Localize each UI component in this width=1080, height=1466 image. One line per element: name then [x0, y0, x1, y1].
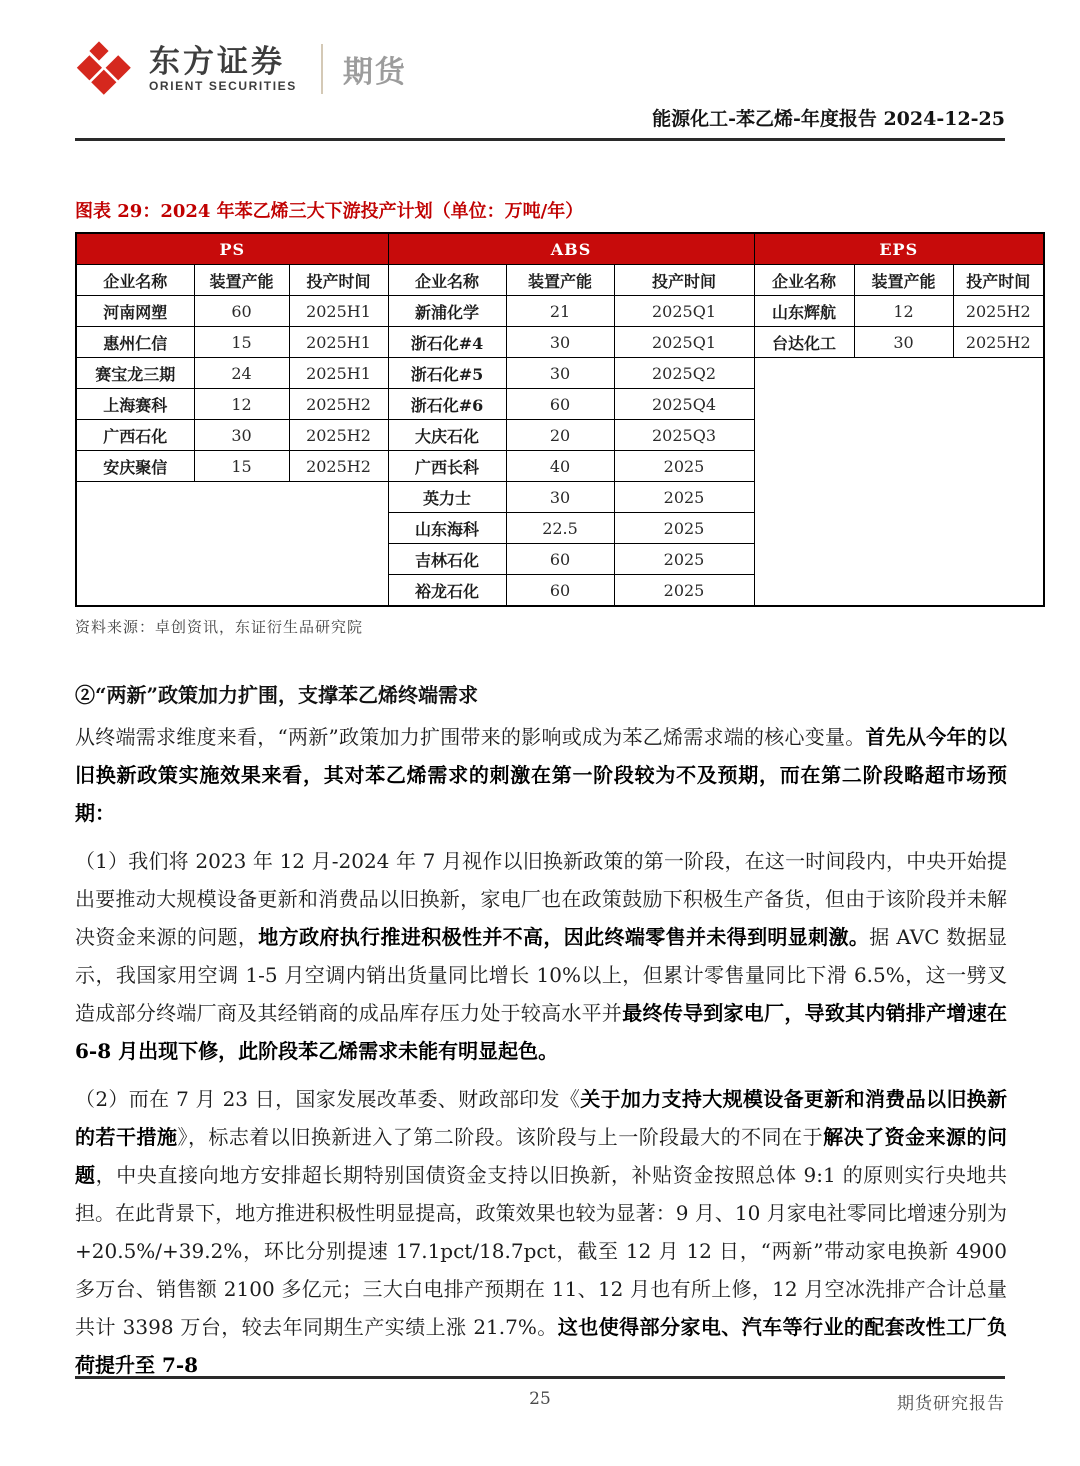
column-header: 装置产能: [194, 265, 289, 296]
column-header: 装置产能: [854, 265, 953, 296]
startup-time-cell: 2025: [614, 451, 754, 482]
capacity-cell: 15: [194, 327, 289, 358]
startup-time-cell: 2025Q1: [614, 296, 754, 327]
company-cell: 吉林石化: [388, 544, 506, 575]
capacity-cell: 60: [194, 296, 289, 327]
company-cell: 裕龙石化: [388, 575, 506, 607]
capacity-cell: 30: [506, 327, 614, 358]
column-header: 企业名称: [76, 265, 194, 296]
table-row: 赛宝龙三期242025H1浙石化#5302025Q2: [76, 358, 1044, 389]
footer-rule: 25 期货研究报告: [75, 1376, 1005, 1419]
company-cell: 广西石化: [76, 420, 194, 451]
startup-time-cell: 2025H1: [289, 327, 388, 358]
brand-divider: [321, 44, 323, 94]
table-row: 河南网塑602025H1新浦化学212025Q1山东辉航122025H2: [76, 296, 1044, 327]
body-text: 从终端需求维度来看，“两新”政策加力扩围带来的影响或成为苯乙烯需求端的核心变量。: [75, 725, 866, 749]
para-stage-2: （2）而在 7 月 23 日，国家发展改革委、财政部印发《关于加力支持大规模设备…: [75, 1080, 1007, 1384]
capacity-cell: 60: [506, 389, 614, 420]
startup-time-cell: 2025H2: [289, 389, 388, 420]
section-heading: ②“两新”政策加力扩围，支撑苯乙烯终端需求: [75, 679, 1005, 708]
table-row: 惠州仁信152025H1浙石化#4302025Q1台达化工302025H2: [76, 327, 1044, 358]
company-cell: 河南网塑: [76, 296, 194, 327]
startup-time-cell: 2025H2: [953, 296, 1044, 327]
company-cell: 台达化工: [754, 327, 854, 358]
company-cell: 山东辉航: [754, 296, 854, 327]
startup-time-cell: 2025: [614, 575, 754, 607]
column-header: 投产时间: [289, 265, 388, 296]
downstream-capacity-table: PSABSEPS企业名称装置产能投产时间企业名称装置产能投产时间企业名称装置产能…: [75, 232, 1045, 607]
startup-time-cell: 2025H2: [953, 327, 1044, 358]
company-cell: 安庆聚信: [76, 451, 194, 482]
page-number: 25: [75, 1389, 1005, 1409]
startup-time-cell: 2025H1: [289, 296, 388, 327]
company-cell: 浙石化#4: [388, 327, 506, 358]
capacity-cell: 40: [506, 451, 614, 482]
startup-time-cell: 2025: [614, 513, 754, 544]
para-stage-1: （1）我们将 2023 年 12 月-2024 年 7 月视作以旧换新政策的第一…: [75, 842, 1007, 1070]
company-cell: 赛宝龙三期: [76, 358, 194, 389]
chart-title: 图表 29：2024 年苯乙烯三大下游投产计划（单位：万吨/年）: [75, 197, 1080, 223]
table-section-ps: PS: [76, 233, 388, 265]
column-header: 企业名称: [754, 265, 854, 296]
footer: 25 期货研究报告: [75, 1379, 1005, 1419]
startup-time-cell: 2025H2: [289, 451, 388, 482]
capacity-cell: 24: [194, 358, 289, 389]
body-text: ，中央直接向地方安排超长期特别国债资金支持以旧换新，补贴资金按照总体 9:1 的…: [75, 1163, 1007, 1339]
company-cell: 浙石化#6: [388, 389, 506, 420]
startup-time-cell: 2025: [614, 544, 754, 575]
company-cell: 惠州仁信: [76, 327, 194, 358]
table-section-abs: ABS: [388, 233, 754, 265]
company-cell: 山东海科: [388, 513, 506, 544]
footer-label: 期货研究报告: [897, 1389, 1005, 1414]
source-note: 资料来源：卓创资讯，东证衍生品研究院: [75, 616, 1080, 637]
column-header: 企业名称: [388, 265, 506, 296]
brand-name-cn: 东方证券: [149, 45, 297, 79]
column-header: 投产时间: [614, 265, 754, 296]
empty-cell: [76, 482, 388, 607]
report-title-line: 能源化工-苯乙烯-年度报告 2024-12-25: [75, 104, 1005, 141]
brand-name-en: ORIENT SECURITIES: [149, 79, 297, 94]
report-page: 东方证券 ORIENT SECURITIES 期货 能源化工-苯乙烯-年度报告 …: [0, 0, 1080, 1466]
company-cell: 浙石化#5: [388, 358, 506, 389]
header-brand-row: 东方证券 ORIENT SECURITIES 期货: [75, 36, 1080, 102]
startup-time-cell: 2025H1: [289, 358, 388, 389]
table-section-eps: EPS: [754, 233, 1044, 265]
capacity-cell: 20: [506, 420, 614, 451]
capacity-cell: 30: [506, 358, 614, 389]
company-cell: 新浦化学: [388, 296, 506, 327]
company-cell: 上海赛科: [76, 389, 194, 420]
body-text: （2）而在 7 月 23 日，国家发展改革委、财政部印发《: [75, 1087, 580, 1111]
company-cell: 大庆石化: [388, 420, 506, 451]
capacity-cell: 12: [194, 389, 289, 420]
orient-securities-logo-icon: [75, 39, 135, 99]
empty-cell: [754, 358, 1044, 607]
para-overview: 从终端需求维度来看，“两新”政策加力扩围带来的影响或成为苯乙烯需求端的核心变量。…: [75, 718, 1007, 832]
capacity-cell: 30: [506, 482, 614, 513]
emphasis-text: 地方政府执行推进积极性并不高，因此终端零售并未得到明显刺激。: [258, 925, 869, 949]
company-cell: 英力士: [388, 482, 506, 513]
division-label: 期货: [343, 47, 407, 91]
company-cell: 广西长科: [388, 451, 506, 482]
capacity-cell: 22.5: [506, 513, 614, 544]
table-section-row: PSABSEPS: [76, 233, 1044, 265]
column-header: 投产时间: [953, 265, 1044, 296]
brand-text: 东方证券 ORIENT SECURITIES: [149, 45, 297, 94]
body-paragraphs: 从终端需求维度来看，“两新”政策加力扩围带来的影响或成为苯乙烯需求端的核心变量。…: [75, 718, 1007, 1384]
startup-time-cell: 2025Q2: [614, 358, 754, 389]
capacity-cell: 21: [506, 296, 614, 327]
capacity-cell: 30: [854, 327, 953, 358]
body-text: 》，标志着以旧换新进入了第二阶段。该阶段与上一阶段最大的不同在于: [177, 1125, 823, 1149]
startup-time-cell: 2025Q1: [614, 327, 754, 358]
startup-time-cell: 2025Q4: [614, 389, 754, 420]
table-header-row: 企业名称装置产能投产时间企业名称装置产能投产时间企业名称装置产能投产时间: [76, 265, 1044, 296]
column-header: 装置产能: [506, 265, 614, 296]
capacity-cell: 12: [854, 296, 953, 327]
capacity-cell: 30: [194, 420, 289, 451]
startup-time-cell: 2025Q3: [614, 420, 754, 451]
capacity-cell: 60: [506, 544, 614, 575]
capacity-cell: 15: [194, 451, 289, 482]
startup-time-cell: 2025H2: [289, 420, 388, 451]
capacity-cell: 60: [506, 575, 614, 607]
startup-time-cell: 2025: [614, 482, 754, 513]
